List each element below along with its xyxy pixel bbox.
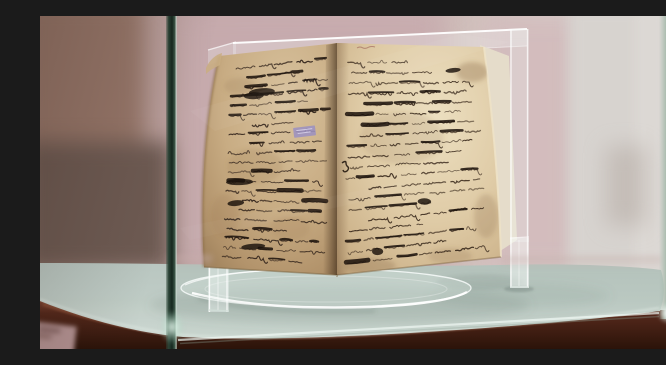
museum-photo — [40, 16, 666, 349]
photo-vignette — [40, 16, 666, 349]
